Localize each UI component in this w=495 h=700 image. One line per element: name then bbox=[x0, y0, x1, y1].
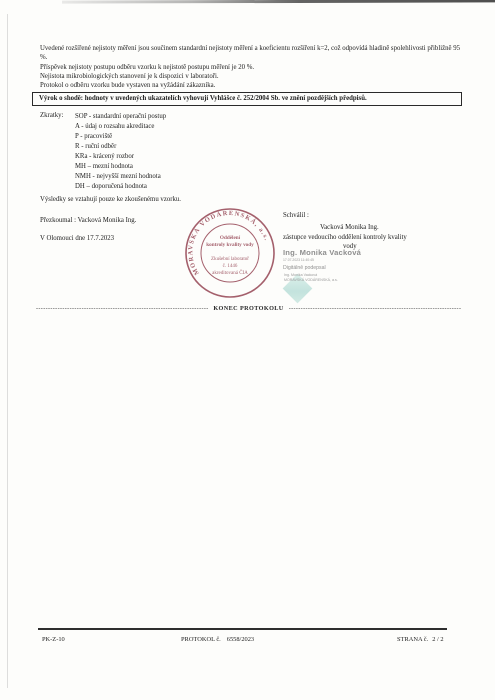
footer-protocol-number: PROTOKOL č.6558/2023 bbox=[181, 636, 254, 643]
divider-dashes-right: ----------------------------------------… bbox=[289, 306, 461, 312]
divider-dashes-left: ----------------------------------------… bbox=[36, 306, 208, 312]
abbreviation-item-r: R - ruční odběr bbox=[75, 142, 335, 152]
abbreviation-item-mh: MH – mezní hodnota bbox=[75, 162, 335, 172]
footer-protocol-label: PROTOKOL č. bbox=[181, 636, 221, 643]
footer-protocol-value: 6558/2023 bbox=[227, 636, 254, 643]
abbreviations-list: SOP - standardní operační postup A - úda… bbox=[75, 112, 335, 192]
abbreviation-item-nmh: NMH - nejvyšší mezní hodnota bbox=[75, 172, 335, 182]
stamp-lab-number: č. 1446 bbox=[223, 264, 238, 269]
stamp-dept-line1: Oddělení bbox=[220, 235, 241, 241]
abbreviation-item-kra: KRa - krácený rozbor bbox=[75, 152, 335, 162]
uncertainty-notes: Uvedené rozšířené nejistoty měření jsou … bbox=[40, 44, 464, 90]
place-and-date-line: V Olomouci dne 17.7.2023 bbox=[40, 235, 114, 242]
note-line-microbiology: Nejistota mikrobiologických stanovení je… bbox=[40, 72, 464, 81]
footer-document-code: PK-Z-10 bbox=[42, 636, 65, 643]
note-line-sampling-protocol: Protokol o odběru vzorku bude vystaven n… bbox=[40, 81, 464, 90]
stamp-lab-line: Zkušební laboratoř bbox=[211, 257, 249, 262]
note-line-sampling-contribution: Příspěvek nejistoty postupu odběru vzork… bbox=[40, 63, 464, 72]
footer-page-label: STRANA č. bbox=[397, 636, 428, 643]
scan-artifact-top-edge bbox=[62, 0, 495, 4]
reviewed-by-line: Přezkoumal : Vacková Monika Ing. bbox=[40, 217, 136, 224]
note-line-uncertainty: Uvedené rozšířené nejistoty měření jsou … bbox=[40, 44, 464, 63]
end-of-protocol-label: KONEC PROTOKOLU bbox=[213, 305, 283, 312]
digital-signature-block: Ing. Monika Vacková 17.07.2023 11:40:45 … bbox=[283, 248, 453, 282]
protocol-document-page: Uvedené rozšířené nejistoty měření jsou … bbox=[0, 0, 495, 700]
signature-action-label: Digitálně podepsal bbox=[283, 265, 453, 271]
approved-by-name: Vacková Monika Ing. bbox=[320, 224, 473, 231]
stamp-dept-line2: kontroly kvality vody bbox=[206, 242, 254, 248]
approved-by-label: Schválil : bbox=[283, 212, 473, 219]
signature-signer-name: Ing. Monika Vacková bbox=[284, 273, 453, 277]
laboratory-round-stamp: MORAVSKÁ VODÁRENSKÁ, a.s. Oddělení kontr… bbox=[182, 205, 278, 301]
reviewed-by-name: Vacková Monika Ing. bbox=[78, 217, 137, 224]
footer-page-number: STRANA č.2 / 2 bbox=[397, 636, 444, 643]
reviewed-by-label: Přezkoumal : bbox=[40, 217, 76, 224]
abbreviation-item-a: A - údaj o rozsahu akreditace bbox=[75, 122, 335, 132]
footer-page-value: 2 / 2 bbox=[432, 636, 443, 643]
abbreviations-label: Zkratky: bbox=[40, 112, 63, 119]
abbreviation-item-p: P - pracoviště bbox=[75, 132, 335, 142]
signature-timestamp: 17.07.2023 11:40:45 bbox=[283, 258, 453, 262]
end-of-protocol-divider: ----------------------------------------… bbox=[36, 305, 461, 312]
footer-rule bbox=[38, 628, 447, 630]
abbreviation-item-dh: DH – doporučená hodnota bbox=[75, 182, 335, 192]
results-scope-note: Výsledky se vztahují pouze ke zkoušenému… bbox=[40, 196, 181, 203]
scan-artifact-left-edge bbox=[7, 14, 8, 688]
abbreviation-item-sop: SOP - standardní operační postup bbox=[75, 112, 335, 122]
stamp-outer-ring bbox=[186, 209, 274, 297]
approved-by-role-line1: zástupce vedoucího oddělení kontroly kva… bbox=[283, 234, 473, 241]
signature-name: Ing. Monika Vacková bbox=[283, 248, 453, 257]
conformity-statement-box: Výrok o shodě: hodnoty v uvedených ukaza… bbox=[32, 92, 462, 106]
approved-by-block: Schválil : Vacková Monika Ing. zástupce … bbox=[283, 212, 473, 250]
stamp-accreditation-line: akreditovaná ČIA bbox=[212, 270, 248, 276]
conformity-statement-text: Výrok o shodě: hodnoty v uvedených ukaza… bbox=[39, 95, 367, 102]
signature-organization: MORAVSKÁ VODÁRENSKÁ, a.s. bbox=[284, 278, 453, 282]
